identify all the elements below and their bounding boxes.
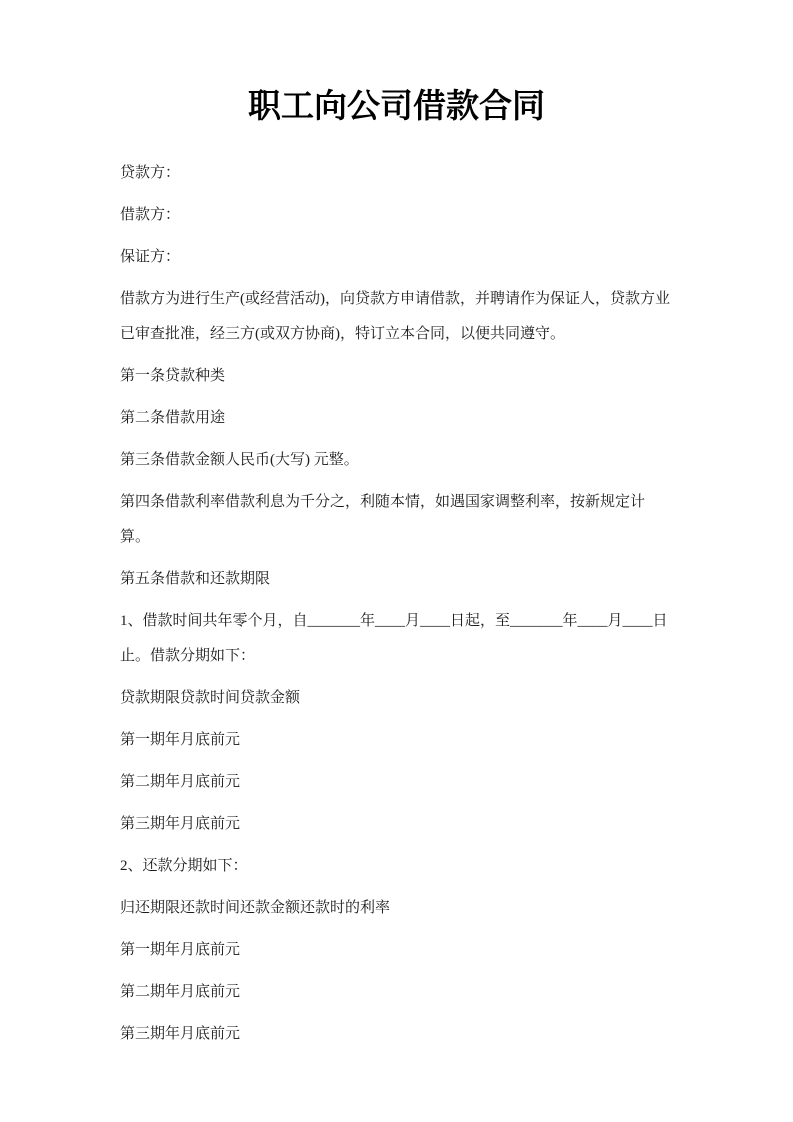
borrower-label: 借款方：	[120, 198, 673, 233]
contract-page: 职工向公司借款合同 贷款方： 借款方： 保证方： 借款方为进行生产(或经营活动)…	[0, 0, 793, 1122]
loan-installment-1: 第一期年月底前元	[120, 723, 673, 758]
lender-label: 贷款方：	[120, 156, 673, 191]
article-2-loan-purpose: 第二条借款用途	[120, 401, 673, 436]
preamble-paragraph: 借款方为进行生产(或经营活动)，向贷款方申请借款，并聘请作为保证人，贷款方业已审…	[120, 282, 673, 352]
article-5-loan-term: 第五条借款和还款期限	[120, 562, 673, 597]
repayment-schedule-header: 归还期限还款时间还款金额还款时的利率	[120, 891, 673, 926]
loan-installment-2: 第二期年月底前元	[120, 765, 673, 800]
article-3-loan-amount: 第三条借款金额人民币(大写) 元整。	[120, 443, 673, 478]
article-4-interest-rate: 第四条借款利率借款利息为千分之，利随本情，如遇国家调整利率，按新规定计算。	[120, 485, 673, 555]
document-title: 职工向公司借款合同	[120, 85, 673, 129]
repayment-installment-1: 第一期年月底前元	[120, 933, 673, 968]
guarantor-label: 保证方：	[120, 240, 673, 275]
loan-schedule-header: 贷款期限贷款时间贷款金额	[120, 681, 673, 716]
repayment-installment-3: 第三期年月底前元	[120, 1017, 673, 1052]
loan-installment-3: 第三期年月底前元	[120, 807, 673, 842]
article-1-loan-type: 第一条贷款种类	[120, 359, 673, 394]
repayment-installment-2: 第二期年月底前元	[120, 975, 673, 1010]
clause-2-repayment: 2、还款分期如下：	[120, 849, 673, 884]
clause-1-loan-period: 1、借款时间共年零个月，自_______年____月____日起，至______…	[120, 604, 673, 674]
